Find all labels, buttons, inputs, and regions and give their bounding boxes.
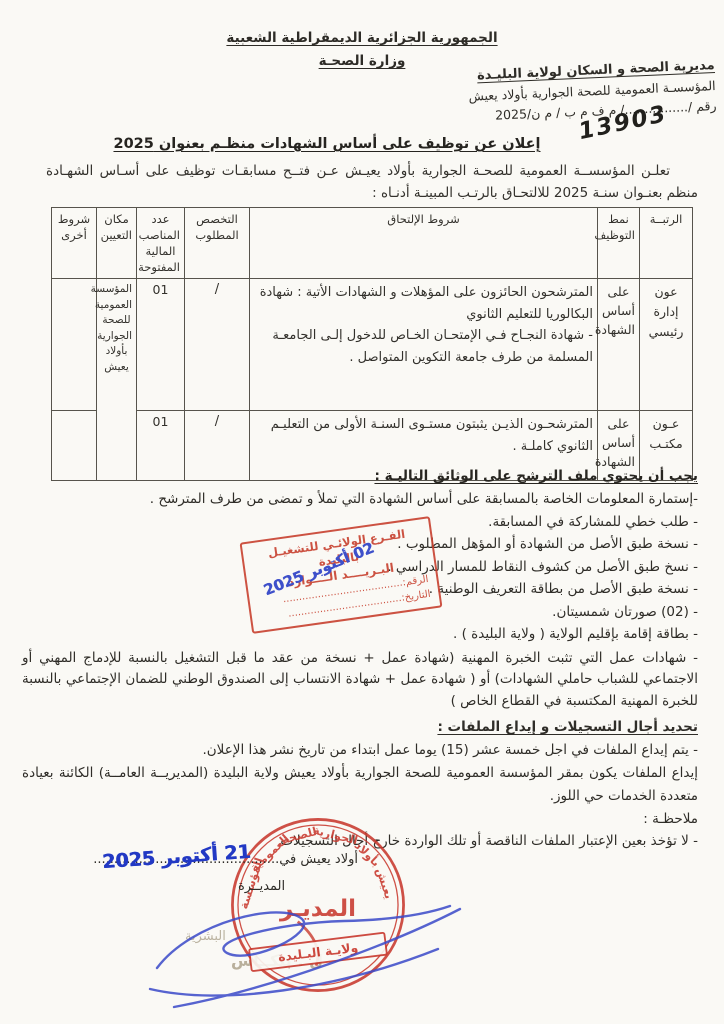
location-cell: المؤسسة العمومية للصحة الجوارية بأولاد ي…	[97, 279, 137, 481]
signature-stroke	[157, 906, 450, 968]
col-positions: عدد المناصب المالية المفتوحة	[137, 208, 185, 279]
specialty-cell: /	[185, 279, 250, 411]
deadlines-heading: تحديد أجال التسجيلات و إيداع الملفات :	[22, 716, 698, 739]
rank-cell: عون إدارة رئيسي	[640, 279, 693, 411]
director-signature-scribble	[132, 893, 462, 1013]
republic-line: الجمهورية الجزائرية الديمقراطية الشعبية	[0, 27, 724, 50]
scanned-document-page: الجمهورية الجزائرية الديمقراطية الشعبية …	[0, 0, 724, 1024]
col-location: مكان التعيين	[97, 208, 137, 279]
recruitment-table: الرتبــة نمط التوظيف شروط الإلتحاق التخص…	[51, 207, 693, 481]
document-item: - شهادات عمل التي تثبت الخبرة المهنية (ش…	[22, 648, 698, 713]
col-specialty: التخصص المطلوب	[185, 208, 250, 279]
documents-heading: يجب أن يحتوي ملف الترشح على الوثائق التا…	[22, 464, 698, 488]
table-header-row: الرتبــة نمط التوظيف شروط الإلتحاق التخص…	[52, 208, 693, 279]
table-row: عون إدارة رئيسي على أساس الشهادة المترشح…	[52, 279, 693, 411]
col-other: شروط أخرى	[52, 208, 97, 279]
announcement-title: إعلان عن توظيف على أساس الشهادات منظـم ب…	[60, 136, 594, 152]
col-conditions: شروط الإلتحاق	[250, 208, 598, 279]
conditions-cell: المترشحون الحائزون على المؤهلات و الشهاد…	[250, 279, 598, 411]
deposit-paragraph: إيداع الملفات يكون بمقر المؤسسة العمومية…	[22, 762, 698, 808]
mode-cell: على أساس الشهادة	[598, 279, 640, 411]
documents-section: يجب أن يحتوي ملف الترشح على الوثائق التا…	[22, 464, 698, 852]
signature-underline	[150, 949, 438, 996]
document-item: - بطاقة إقامة بإقليم الولاية ( ولاية الب…	[22, 623, 698, 646]
other-conditions-cell	[52, 279, 97, 411]
signer-title: المديــرة	[238, 879, 285, 894]
intro-paragraph: تعلـن المؤسســة العمومية للصحـة الجوارية…	[46, 161, 698, 204]
deadline-item: - يتم إيداع الملفات في اجل خمسة عشر (15)…	[22, 739, 698, 762]
document-item: -إستمارة المعلومات الخاصة بالمسابقة على …	[22, 488, 698, 511]
positions-cell: 01	[137, 279, 185, 411]
col-mode: نمط التوظيف	[598, 208, 640, 279]
col-rank: الرتبــة	[640, 208, 693, 279]
